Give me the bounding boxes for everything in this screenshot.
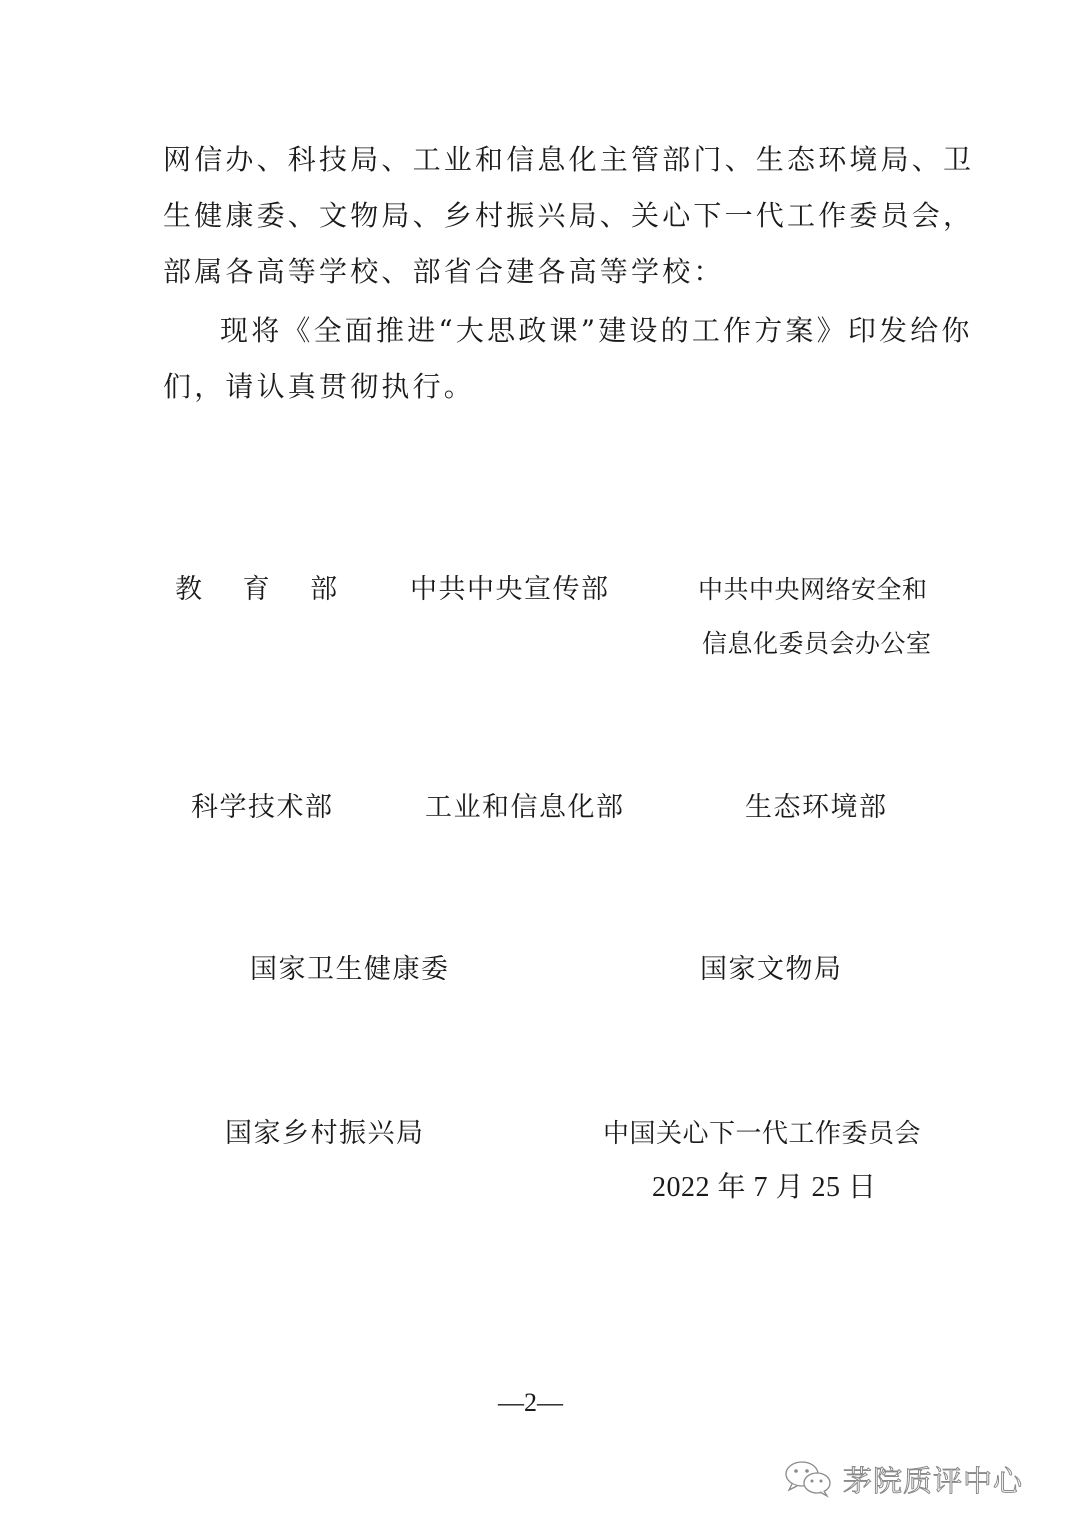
signatory-cncc: 中国关心下一代工作委员会 <box>603 1114 921 1154</box>
body-line-2: 生健康委、文物局、乡村振兴局、关心下一代工作委员会， <box>163 196 974 236</box>
signatory-ministry-of-education: 教 育 部 <box>175 570 353 610</box>
body-line-1: 网信办、科技局、工业和信息化主管部门、生态环境局、卫 <box>163 140 974 180</box>
watermark: 茅院质评中心 <box>783 1457 1023 1501</box>
signatory-mee: 生态环境部 <box>745 788 888 828</box>
document-page: 网信办、科技局、工业和信息化主管部门、生态环境局、卫 生健康委、文物局、乡村振兴… <box>0 0 1080 1527</box>
signatory-cac-line-1: 中共中央网络安全和 <box>698 570 928 610</box>
signatory-nhc: 国家卫生健康委 <box>250 950 450 990</box>
signatory-most: 科学技术部 <box>191 788 334 828</box>
page-number: —2— <box>498 1386 563 1420</box>
watermark-text: 茅院质评中心 <box>843 1459 1023 1500</box>
body-line-5: 们，请认真贯彻执行。 <box>163 367 475 407</box>
signatory-miit: 工业和信息化部 <box>425 788 625 828</box>
signatory-nrra: 国家乡村振兴局 <box>225 1114 425 1154</box>
document-date: 2022 年 7 月 25 日 <box>652 1168 877 1208</box>
wechat-icon <box>783 1459 835 1499</box>
signatory-ncha: 国家文物局 <box>700 950 843 990</box>
signatory-publicity-department: 中共中央宣传部 <box>410 570 610 610</box>
signatory-cac-line-2: 信息化委员会办公室 <box>702 624 932 664</box>
body-line-3: 部属各高等学校、部省合建各高等学校： <box>163 252 725 292</box>
body-line-4: 现将《全面推进“大思政课”建设的工作方案》印发给你 <box>220 311 973 351</box>
